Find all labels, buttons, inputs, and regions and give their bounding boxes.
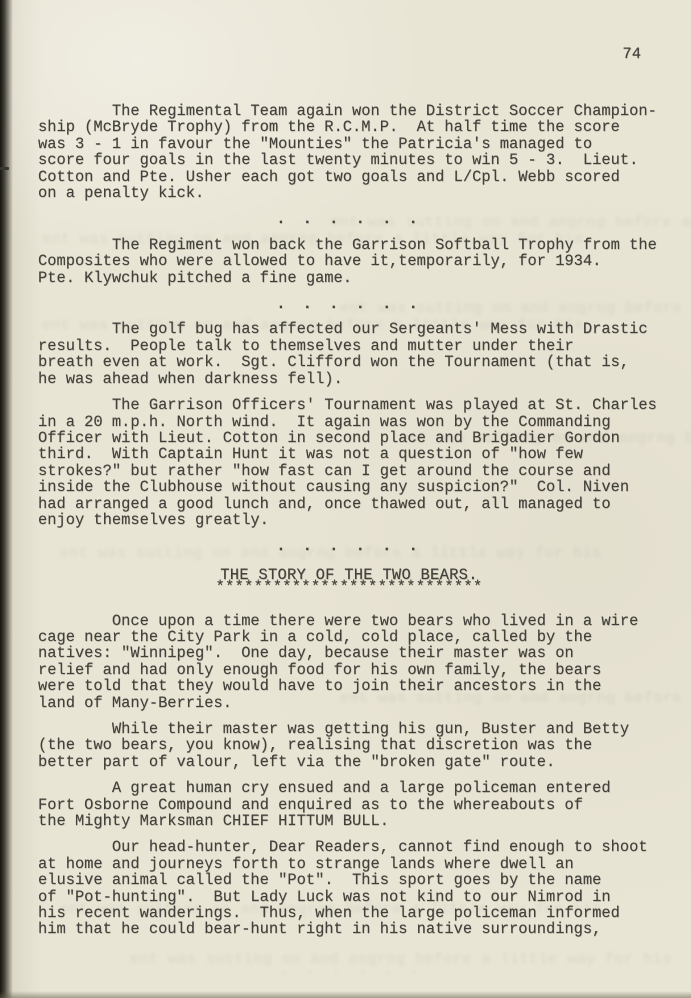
document-page: ent was sutting on and angrng before a l… bbox=[0, 0, 691, 998]
bleedthrough-dots: . . . . . . bbox=[280, 962, 423, 979]
paragraph-golf-bug: The golf bug has affected our Sergeants'… bbox=[38, 321, 660, 387]
bottom-scan-edge-shadow bbox=[0, 991, 691, 998]
paragraph-two-bears-intro: Once upon a time there were two bears wh… bbox=[38, 613, 660, 711]
section-separator-dots: . . . . . . bbox=[38, 538, 660, 554]
section-separator-dots: . . . . . . bbox=[38, 211, 660, 227]
left-scan-edge-shadow bbox=[0, 0, 13, 998]
paragraph-pot-hunting: Our head-hunter, Dear Readers, cannot fi… bbox=[38, 839, 660, 937]
page-number: 74 bbox=[622, 45, 641, 63]
paragraph-policeman-enquiry: A great human cry ensued and a large pol… bbox=[38, 780, 660, 829]
paragraph-soccer-championship: The Regimental Team again won the Distri… bbox=[38, 103, 660, 201]
section-separator-dots: . . . . . . bbox=[38, 296, 660, 312]
bleedthrough-line: ent was sutting on and angrng before a l… bbox=[130, 951, 672, 968]
text-body: The Regimental Team again won the Distri… bbox=[38, 103, 660, 948]
paragraph-broken-gate-escape: While their master was getting his gun, … bbox=[38, 721, 660, 770]
story-heading-underline-asterisks: **************************** bbox=[38, 579, 660, 595]
paragraph-officers-tournament: The Garrison Officers' Tournament was pl… bbox=[38, 397, 660, 528]
left-margin-dash-mark bbox=[0, 167, 9, 170]
story-heading: THE STORY OF THE TWO BEARS. ************… bbox=[38, 567, 660, 596]
paragraph-softball-trophy: The Regiment won back the Garrison Softb… bbox=[38, 237, 660, 286]
